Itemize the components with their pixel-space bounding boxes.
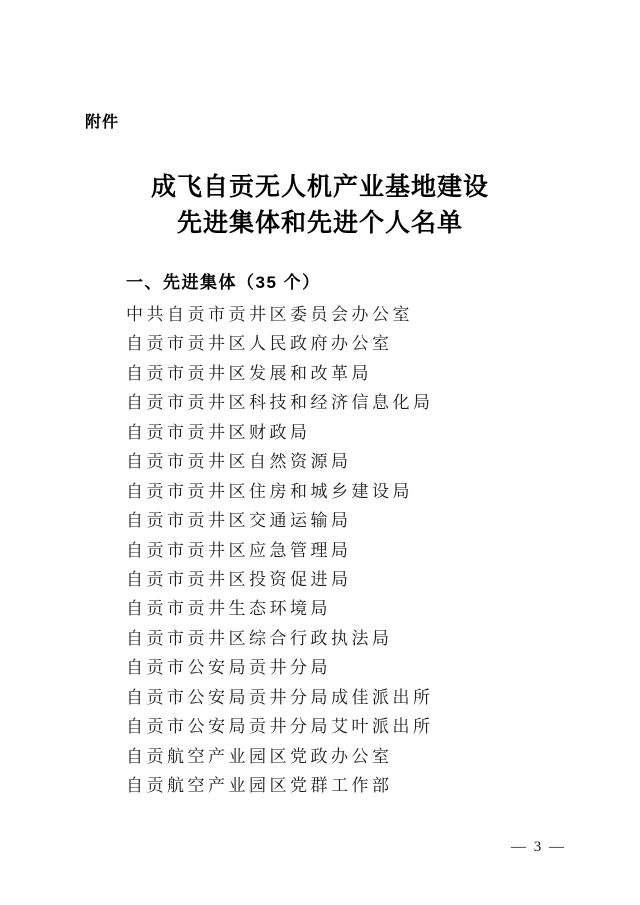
list-item: 自贡市贡井区人民政府办公室 bbox=[126, 329, 566, 358]
document-page: 附件 成飞自贡无人机产业基地建设 先进集体和先进个人名单 一、先进集体（35 个… bbox=[0, 0, 640, 905]
list-item: 自贡市贡井区科技和经济信息化局 bbox=[126, 388, 566, 417]
document-title: 成飞自贡无人机产业基地建设 先进集体和先进个人名单 bbox=[0, 170, 640, 242]
list-item: 自贡市公安局贡井分局艾叶派出所 bbox=[126, 712, 566, 741]
list-item: 自贡市贡井生态环境局 bbox=[126, 594, 566, 623]
list-item: 自贡市贡井区综合行政执法局 bbox=[126, 624, 566, 653]
page-number: — 3 — bbox=[511, 839, 566, 856]
attachment-label: 附件 bbox=[85, 109, 119, 132]
list-item: 自贡航空产业园区党群工作部 bbox=[126, 771, 566, 800]
document-title-line1: 成飞自贡无人机产业基地建设 bbox=[0, 170, 640, 206]
list-item: 自贡市公安局贡井分局 bbox=[126, 653, 566, 682]
list-item: 自贡市贡井区应急管理局 bbox=[126, 536, 566, 565]
section-heading-advanced-collectives: 一、先进集体（35 个） bbox=[126, 268, 321, 293]
document-title-line2: 先进集体和先进个人名单 bbox=[0, 206, 640, 242]
list-item: 自贡市贡井区交通运输局 bbox=[126, 506, 566, 535]
list-item: 自贡航空产业园区党政办公室 bbox=[126, 742, 566, 771]
list-item: 自贡市公安局贡井分局成佳派出所 bbox=[126, 683, 566, 712]
list-item: 中共自贡市贡井区委员会办公室 bbox=[126, 300, 566, 329]
list-item: 自贡市贡井区自然资源局 bbox=[126, 447, 566, 476]
collective-list: 中共自贡市贡井区委员会办公室 自贡市贡井区人民政府办公室 自贡市贡井区发展和改革… bbox=[126, 300, 566, 800]
list-item: 自贡市贡井区发展和改革局 bbox=[126, 359, 566, 388]
list-item: 自贡市贡井区住房和城乡建设局 bbox=[126, 477, 566, 506]
list-item: 自贡市贡井区投资促进局 bbox=[126, 565, 566, 594]
list-item: 自贡市贡井区财政局 bbox=[126, 418, 566, 447]
